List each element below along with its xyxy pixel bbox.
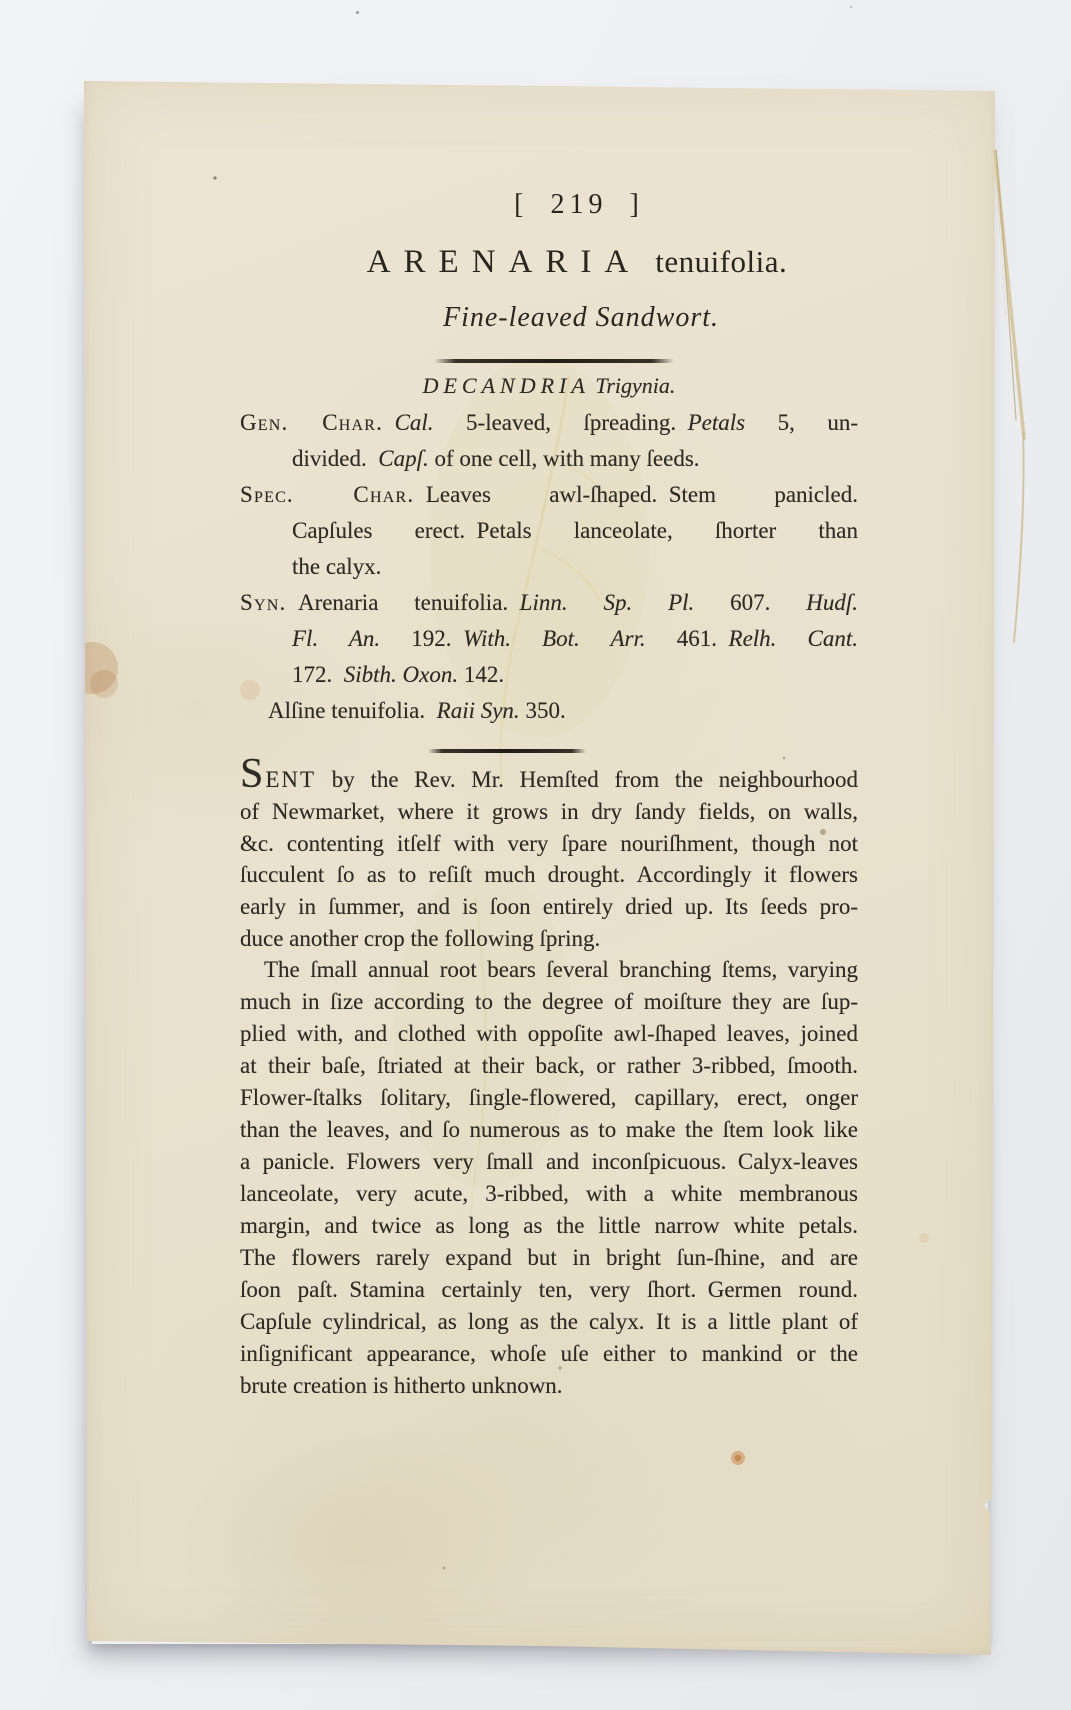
text-line: &c. contenting itſelf with very ſpare no… bbox=[240, 828, 858, 860]
classification-line: DECANDRIA Trigynia. bbox=[240, 373, 914, 399]
common-name-title: Fine-leaved Sandwort. bbox=[240, 302, 890, 334]
text-line: inſignificant appearance, whoſe uſe eith… bbox=[240, 1338, 858, 1370]
dust-speck bbox=[356, 11, 359, 14]
paragraph-first: SENT by the Rev. Mr. Hemſted from the ne… bbox=[240, 764, 858, 955]
page-title: ARENARIAtenuifolia. bbox=[240, 244, 886, 281]
character-synonym-section: Gen. Char. Cal. 5-leaved, ſpreading. Pet… bbox=[240, 405, 858, 729]
ornamental-rule bbox=[428, 749, 586, 753]
text-line: divided. Capſ. of one cell, with many ſe… bbox=[240, 441, 858, 477]
text-line: Gen. Char. Cal. 5-leaved, ſpreading. Pet… bbox=[240, 405, 858, 441]
text-line: early in ſummer, and is ſoon entirely dr… bbox=[240, 891, 858, 923]
text-line: SENT by the Rev. Mr. Hemſted from the ne… bbox=[240, 764, 858, 796]
text-line: Syn. Arenaria tenuifolia. Linn. Sp. Pl. … bbox=[240, 585, 858, 621]
text-line: The flowers rarely expand but in bright … bbox=[240, 1242, 858, 1274]
text-line: Flower-ſtalks ſolitary, ſingle-flowered,… bbox=[240, 1082, 858, 1114]
text-line: duce another crop the following ſpring. bbox=[240, 923, 858, 955]
text-line: plied with, and clothed with oppoſite aw… bbox=[240, 1018, 858, 1050]
text-line: than the leaves, and ſo numerous as to m… bbox=[240, 1114, 858, 1146]
text-line: Fl. An. 192. With. Bot. Arr. 461. Relh. … bbox=[240, 621, 858, 657]
text-line: of Newmarket, where it grows in dry ſand… bbox=[240, 796, 858, 828]
text-line: Capſules erect. Petals lanceolate, ſhort… bbox=[240, 513, 858, 549]
page-number: [ 219 ] bbox=[240, 189, 888, 221]
paper-page: [ 219 ] ARENARIAtenuifolia. Fine-leaved … bbox=[84, 78, 996, 1656]
text-line: DECANDRIA Trigynia. bbox=[240, 373, 858, 399]
text-line: Spec. Char. Leaves awl-ſhaped. Stem pani… bbox=[240, 477, 858, 513]
text-line: brute creation is hitherto unknown. bbox=[240, 1370, 858, 1402]
text-line: at their baſe, ſtriated at their back, o… bbox=[240, 1050, 858, 1082]
text-line: Capſule cylindrical, as long as the caly… bbox=[240, 1306, 858, 1338]
text-line: ſoon paſt. Stamina certainly ten, very ſ… bbox=[240, 1274, 858, 1306]
text-line: Alſine tenuifolia. Raii Syn. 350. bbox=[240, 693, 858, 729]
dust-speck bbox=[850, 6, 852, 8]
text-line: margin, and twice as long as the little … bbox=[240, 1210, 858, 1242]
scan-backdrop: [ 219 ] ARENARIAtenuifolia. Fine-leaved … bbox=[0, 0, 1071, 1710]
text-line: 172. Sibth. Oxon. 142. bbox=[240, 657, 858, 693]
text-line: ſucculent ſo as to reſiſt much drought. … bbox=[240, 859, 858, 891]
genus-title: ARENARIA bbox=[367, 244, 642, 280]
text-line: The ſmall annual root bears ſeveral bran… bbox=[240, 954, 858, 986]
text-line: much in ſize according to the degree of … bbox=[240, 986, 858, 1018]
text-line: the calyx. bbox=[240, 549, 858, 585]
text-line: lanceolate, very acute, 3-ribbed, with a… bbox=[240, 1178, 858, 1210]
ornamental-rule bbox=[434, 359, 674, 363]
text-line: a panicle. Flowers very ſmall and inconſ… bbox=[240, 1146, 858, 1178]
species-title: tenuifolia. bbox=[655, 244, 787, 279]
paragraph-second: The ſmall annual root bears ſeveral bran… bbox=[240, 954, 858, 1402]
